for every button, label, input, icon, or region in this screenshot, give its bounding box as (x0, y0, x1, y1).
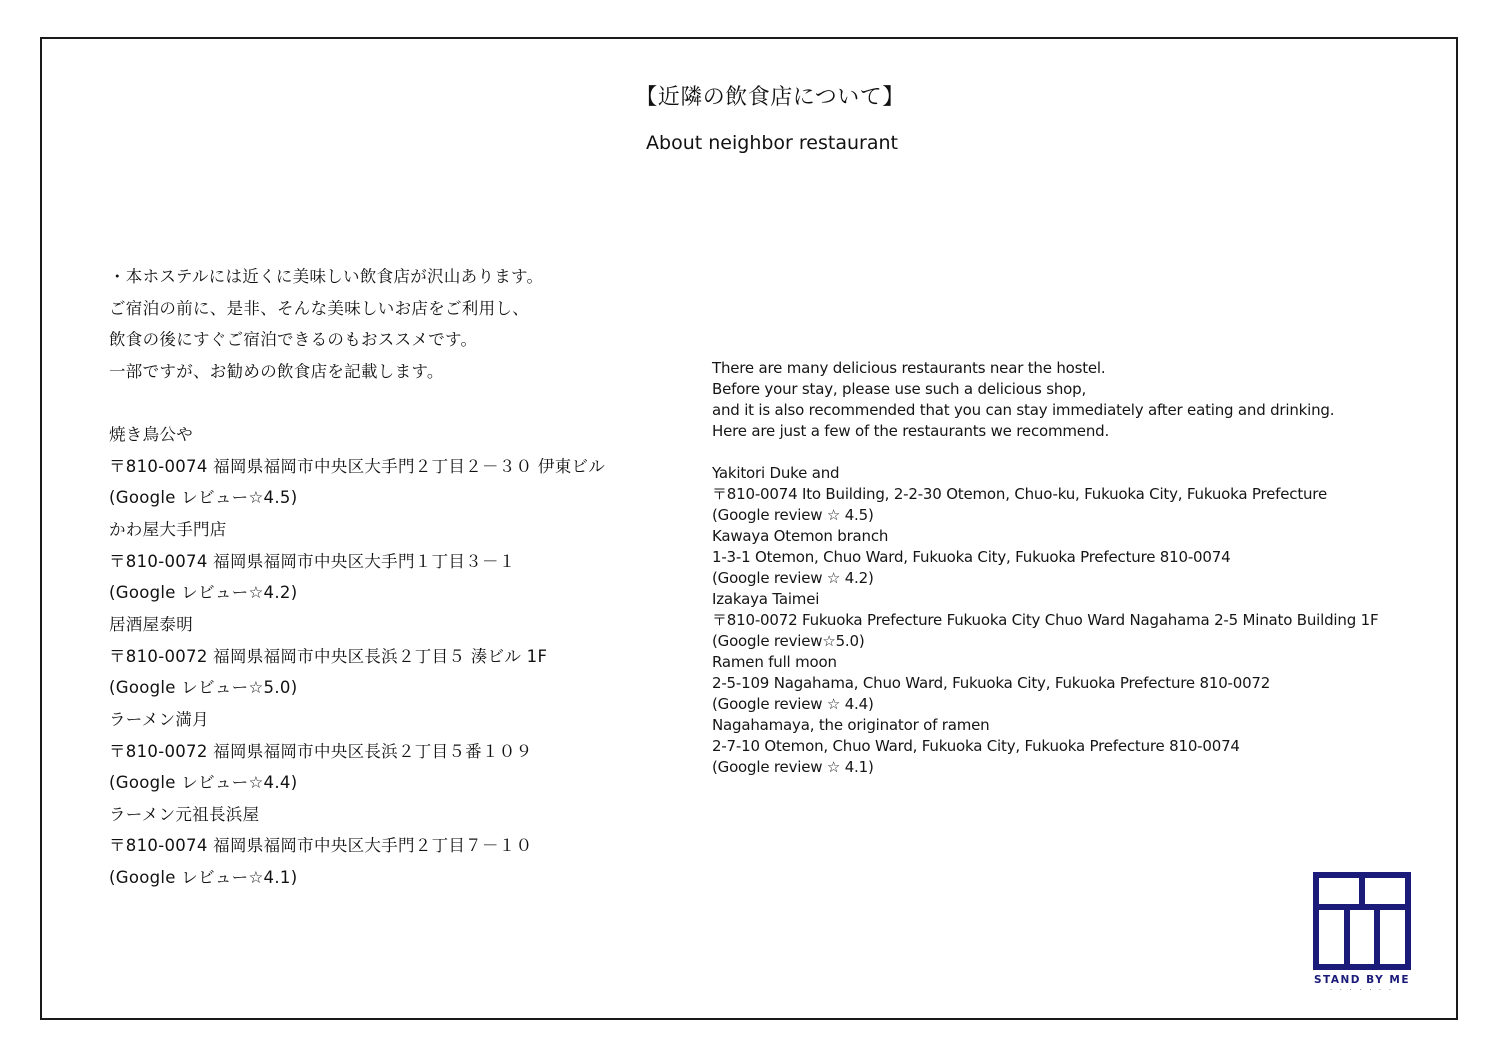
restaurant-entry: 焼き鳥公や 〒810-0074 福岡県福岡市中央区大手門２丁目２－３０ 伊東ビル… (109, 422, 669, 517)
restaurant-entry: Izakaya Taimei 〒810-0072 Fukuoka Prefect… (712, 589, 1442, 652)
restaurant-name: 居酒屋泰明 (109, 612, 669, 644)
restaurant-review: (Google レビュー☆5.0) (109, 675, 669, 707)
japanese-column: ・本ホステルには近くに美味しい飲食店が沢山あります。 ご宿泊の前に、是非、そんな… (109, 264, 669, 897)
restaurant-entry: Yakitori Duke and 〒810-0074 Ito Building… (712, 463, 1442, 526)
restaurant-review: (Google review ☆ 4.4) (712, 694, 1442, 715)
intro-line: Before your stay, please use such a deli… (712, 379, 1442, 400)
restaurant-address: 1-3-1 Otemon, Chuo Ward, Fukuoka City, F… (712, 547, 1442, 568)
intro-line: ・本ホステルには近くに美味しい飲食店が沢山あります。 (109, 264, 669, 296)
restaurant-review: (Google review ☆ 4.1) (712, 757, 1442, 778)
restaurant-review: (Google レビュー☆4.5) (109, 485, 669, 517)
intro-line: and it is also recommended that you can … (712, 400, 1442, 421)
restaurant-entry: Ramen full moon 2-5-109 Nagahama, Chuo W… (712, 652, 1442, 715)
restaurant-address: 2-5-109 Nagahama, Chuo Ward, Fukuoka Cit… (712, 673, 1442, 694)
restaurant-name: Nagahamaya, the originator of ramen (712, 715, 1442, 736)
restaurant-name: Ramen full moon (712, 652, 1442, 673)
intro-line: Here are just a few of the restaurants w… (712, 421, 1442, 442)
restaurant-name: 焼き鳥公や (109, 422, 669, 454)
restaurant-name: ラーメン元祖長浜屋 (109, 802, 669, 834)
restaurant-name: Izakaya Taimei (712, 589, 1442, 610)
restaurant-entry: Nagahamaya, the originator of ramen 2-7-… (712, 715, 1442, 778)
restaurant-name: Yakitori Duke and (712, 463, 1442, 484)
restaurant-review: (Google review☆5.0) (712, 631, 1442, 652)
restaurant-review: (Google レビュー☆4.4) (109, 770, 669, 802)
page-title-english: About neighbor restaurant (0, 132, 1500, 154)
brand-name: STAND BY ME (1306, 974, 1418, 986)
restaurant-name: Kawaya Otemon branch (712, 526, 1442, 547)
page-title-japanese: 【近隣の飲食店について】 (0, 80, 1500, 111)
restaurant-address: 〒810-0074 福岡県福岡市中央区大手門２丁目２－３０ 伊東ビル (109, 454, 669, 486)
restaurant-entry: かわ屋大手門店 〒810-0074 福岡県福岡市中央区大手門１丁目３－１ (Go… (109, 517, 669, 612)
intro-line: ご宿泊の前に、是非、そんな美味しいお店をご利用し、 (109, 296, 669, 328)
english-column: There are many delicious restaurants nea… (712, 358, 1442, 778)
restaurant-address: 〒810-0074 福岡県福岡市中央区大手門１丁目３－１ (109, 549, 669, 581)
restaurant-review: (Google レビュー☆4.2) (109, 580, 669, 612)
intro-line: 飲食の後にすぐご宿泊できるのもおススメです。 (109, 327, 669, 359)
brand-subtext: · · · · · · · (1306, 987, 1418, 994)
restaurant-address: 〒810-0074 福岡県福岡市中央区大手門２丁目７－１０ (109, 833, 669, 865)
restaurant-review: (Google review ☆ 4.2) (712, 568, 1442, 589)
restaurant-address: 〒810-0072 福岡県福岡市中央区長浜２丁目５ 湊ビル 1F (109, 644, 669, 676)
restaurant-address: 〒810-0074 Ito Building, 2-2-30 Otemon, C… (712, 484, 1442, 505)
restaurant-review: (Google レビュー☆4.1) (109, 865, 669, 897)
restaurant-entry: ラーメン元祖長浜屋 〒810-0074 福岡県福岡市中央区大手門２丁目７－１０ … (109, 802, 669, 897)
restaurant-name: ラーメン満月 (109, 707, 669, 739)
restaurant-entry: ラーメン満月 〒810-0072 福岡県福岡市中央区長浜２丁目５番１０９ (Go… (109, 707, 669, 802)
intro-line: 一部ですが、お勧めの飲食店を記載します。 (109, 359, 669, 391)
restaurant-name: かわ屋大手門店 (109, 517, 669, 549)
intro-line: There are many delicious restaurants nea… (712, 358, 1442, 379)
restaurant-entry: Kawaya Otemon branch 1-3-1 Otemon, Chuo … (712, 526, 1442, 589)
restaurant-address: 〒810-0072 Fukuoka Prefecture Fukuoka Cit… (712, 610, 1442, 631)
restaurant-address: 2-7-10 Otemon, Chuo Ward, Fukuoka City, … (712, 736, 1442, 757)
brand-logo: STAND BY ME · · · · · · · (1306, 872, 1418, 994)
restaurant-review: (Google review ☆ 4.5) (712, 505, 1442, 526)
restaurant-entry: 居酒屋泰明 〒810-0072 福岡県福岡市中央区長浜２丁目５ 湊ビル 1F (… (109, 612, 669, 707)
window-frame-logo-icon (1313, 872, 1411, 970)
restaurant-address: 〒810-0072 福岡県福岡市中央区長浜２丁目５番１０９ (109, 739, 669, 771)
